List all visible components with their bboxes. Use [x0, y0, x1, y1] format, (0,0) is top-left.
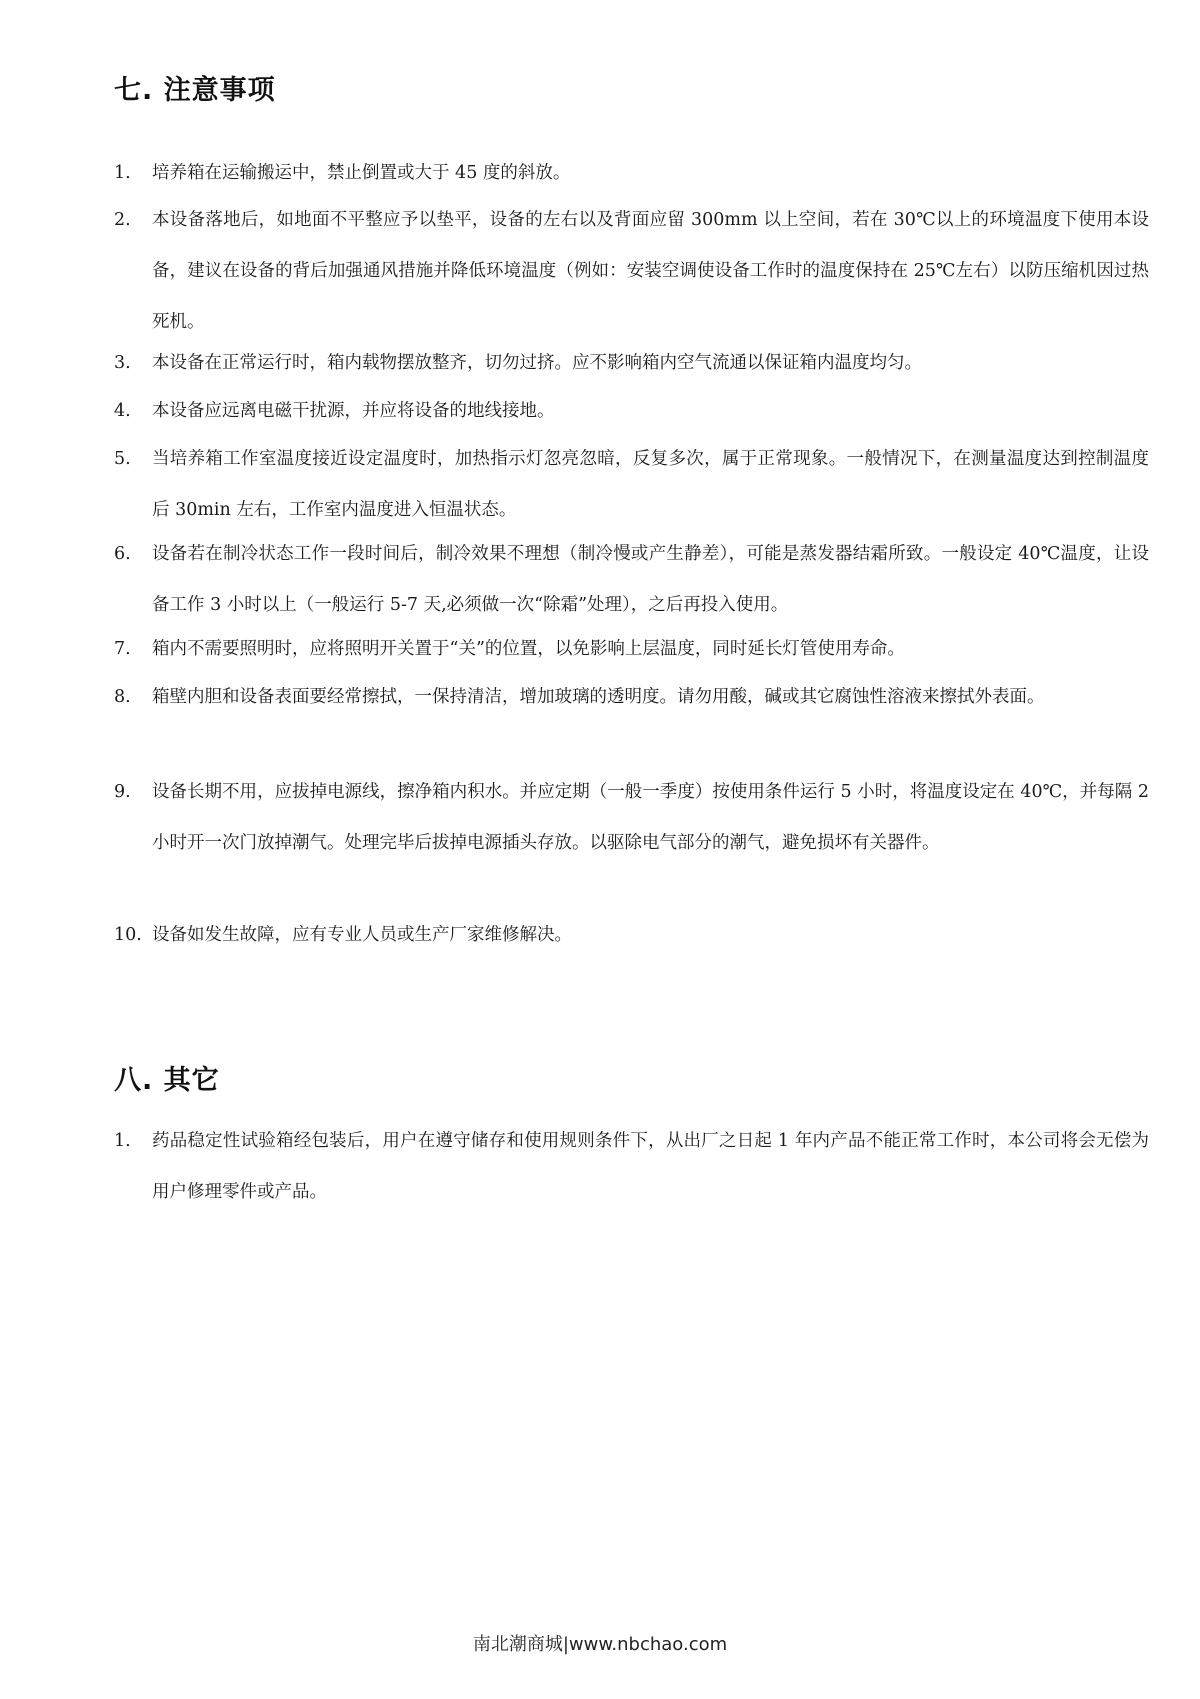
list-item: 5. 当培养箱工作室温度接近设定温度时，加热指示灯忽亮忽暗，反复多次，属于正常现…	[114, 434, 1149, 536]
item-text: 本设备在正常运行时，箱内载物摆放整齐，切勿过挤。应不影响箱内空气流通以保证箱内温…	[152, 338, 1149, 389]
list-item: 1. 培养箱在运输搬运中，禁止倒置或大于 45 度的斜放。	[114, 148, 1149, 199]
document-page: 七. 注意事项 1. 培养箱在运输搬运中，禁止倒置或大于 45 度的斜放。 2.…	[0, 0, 1200, 1699]
section-8-title: 八. 其它	[114, 1058, 220, 1097]
item-text: 箱壁内胆和设备表面要经常擦拭，一保持清洁，增加玻璃的透明度。请勿用酸，碱或其它腐…	[152, 672, 1149, 723]
list-item: 6. 设备若在制冷状态工作一段时间后，制冷效果不理想（制冷慢或产生静差），可能是…	[114, 529, 1149, 631]
item-number: 1.	[114, 1116, 150, 1167]
item-number: 3.	[114, 338, 150, 389]
list-item: 3. 本设备在正常运行时，箱内载物摆放整齐，切勿过挤。应不影响箱内空气流通以保证…	[114, 338, 1149, 389]
item-text: 设备若在制冷状态工作一段时间后，制冷效果不理想（制冷慢或产生静差），可能是蒸发器…	[152, 529, 1149, 631]
item-text: 培养箱在运输搬运中，禁止倒置或大于 45 度的斜放。	[152, 148, 1149, 199]
item-number: 2.	[114, 195, 150, 246]
list-item: 7. 箱内不需要照明时，应将照明开关置于“关”的位置，以免影响上层温度，同时延长…	[114, 624, 1149, 675]
page-footer: 南北潮商城|www.nbchao.com	[0, 1630, 1200, 1656]
item-number: 1.	[114, 148, 150, 199]
list-item: 2. 本设备落地后，如地面不平整应予以垫平，设备的左右以及背面应留 300mm …	[114, 195, 1149, 348]
item-number: 5.	[114, 434, 150, 485]
item-text: 当培养箱工作室温度接近设定温度时，加热指示灯忽亮忽暗，反复多次，属于正常现象。一…	[152, 434, 1149, 536]
item-text: 箱内不需要照明时，应将照明开关置于“关”的位置，以免影响上层温度，同时延长灯管使…	[152, 624, 1149, 675]
list-item: 10. 设备如发生故障，应有专业人员或生产厂家维修解决。	[114, 910, 1149, 961]
item-number: 8.	[114, 672, 150, 723]
item-text: 设备长期不用，应拔掉电源线，擦净箱内积水。并应定期（一般一季度）按使用条件运行 …	[152, 767, 1149, 869]
item-number: 6.	[114, 529, 150, 580]
list-item: 4. 本设备应远离电磁干扰源，并应将设备的地线接地。	[114, 386, 1149, 437]
list-item: 8. 箱壁内胆和设备表面要经常擦拭，一保持清洁，增加玻璃的透明度。请勿用酸，碱或…	[114, 672, 1149, 723]
section-7-title: 七. 注意事项	[114, 68, 276, 107]
list-item: 9. 设备长期不用，应拔掉电源线，擦净箱内积水。并应定期（一般一季度）按使用条件…	[114, 767, 1149, 869]
item-text: 本设备应远离电磁干扰源，并应将设备的地线接地。	[152, 386, 1149, 437]
item-text: 药品稳定性试验箱经包装后，用户在遵守储存和使用规则条件下，从出厂之日起 1 年内…	[152, 1116, 1149, 1218]
item-text: 本设备落地后，如地面不平整应予以垫平，设备的左右以及背面应留 300mm 以上空…	[152, 195, 1149, 348]
item-number: 7.	[114, 624, 150, 675]
item-number: 4.	[114, 386, 150, 437]
item-number: 9.	[114, 767, 150, 818]
list-item: 1. 药品稳定性试验箱经包装后，用户在遵守储存和使用规则条件下，从出厂之日起 1…	[114, 1116, 1149, 1218]
item-number: 10.	[114, 910, 150, 961]
item-text: 设备如发生故障，应有专业人员或生产厂家维修解决。	[152, 910, 1149, 961]
